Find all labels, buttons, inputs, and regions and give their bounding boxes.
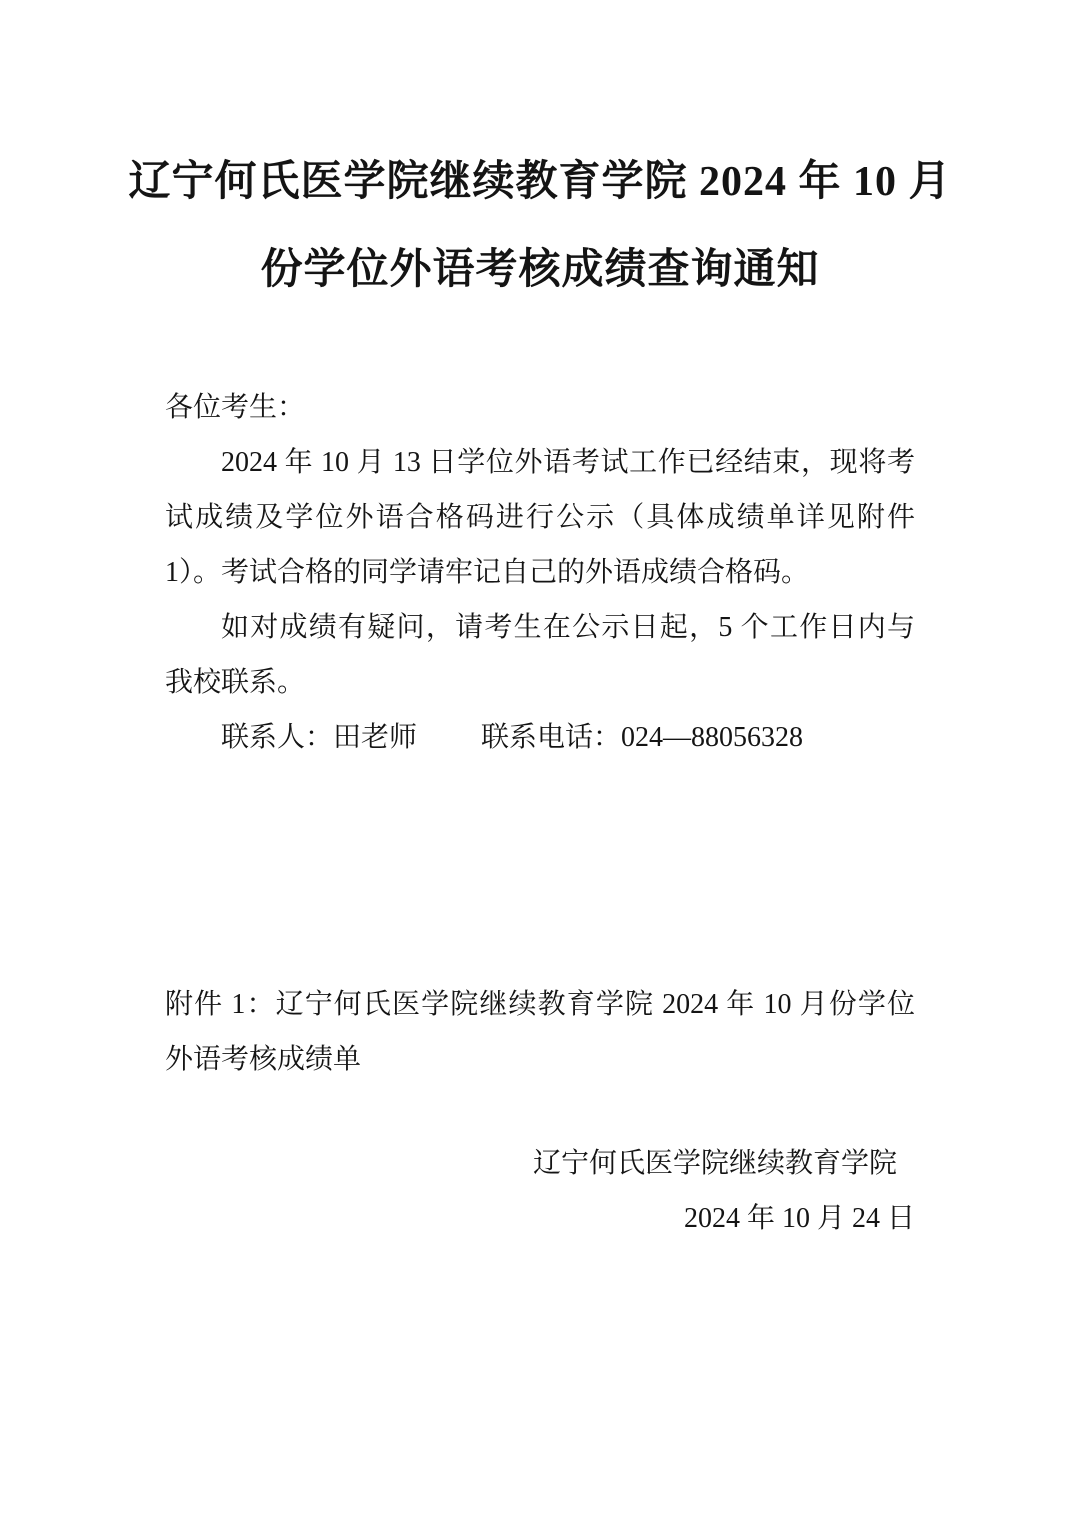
contact-line: 联系人：田老师 联系电话：024—88056328 [165, 710, 915, 765]
attachment-line1: 附件 1：辽宁何氏医学院继续教育学院 2024 年 10 月份学位 [165, 977, 915, 1032]
paragraph1-line2: 试成绩及学位外语合格码进行公示（具体成绩单详见附件 [165, 490, 915, 545]
paragraph1-line3: 1）。考试合格的同学请牢记自己的外语成绩合格码。 [165, 545, 915, 600]
document-body: 各位考生： 2024 年 10 月 13 日学位外语考试工作已经结束，现将考 试… [165, 380, 915, 765]
attachment-line2: 外语考核成绩单 [165, 1032, 915, 1087]
contact-phone: 联系电话：024—88056328 [481, 722, 803, 753]
paragraph2-line2: 我校联系。 [165, 655, 915, 710]
attachment-section: 附件 1：辽宁何氏医学院继续教育学院 2024 年 10 月份学位 外语考核成绩… [165, 977, 915, 1087]
signature-date: 2024 年 10 月 24 日 [165, 1191, 915, 1246]
title-line-1: 辽宁何氏医学院继续教育学院 2024 年 10 月 [0, 138, 1080, 226]
contact-person: 联系人：田老师 [221, 722, 417, 753]
paragraph2-line1: 如对成绩有疑问，请考生在公示日起，5 个工作日内与 [165, 600, 915, 655]
salutation: 各位考生： [165, 380, 915, 435]
notice-page: 辽宁何氏医学院继续教育学院 2024 年 10 月 份学位外语考核成绩查询通知 … [0, 0, 1080, 1528]
signature-org: 辽宁何氏医学院继续教育学院 [165, 1136, 915, 1191]
signature-section: 辽宁何氏医学院继续教育学院 2024 年 10 月 24 日 [165, 1136, 915, 1246]
paragraph1-line1: 2024 年 10 月 13 日学位外语考试工作已经结束，现将考 [165, 435, 915, 490]
title-line-2: 份学位外语考核成绩查询通知 [0, 226, 1080, 314]
document-title: 辽宁何氏医学院继续教育学院 2024 年 10 月 份学位外语考核成绩查询通知 [0, 138, 1080, 314]
